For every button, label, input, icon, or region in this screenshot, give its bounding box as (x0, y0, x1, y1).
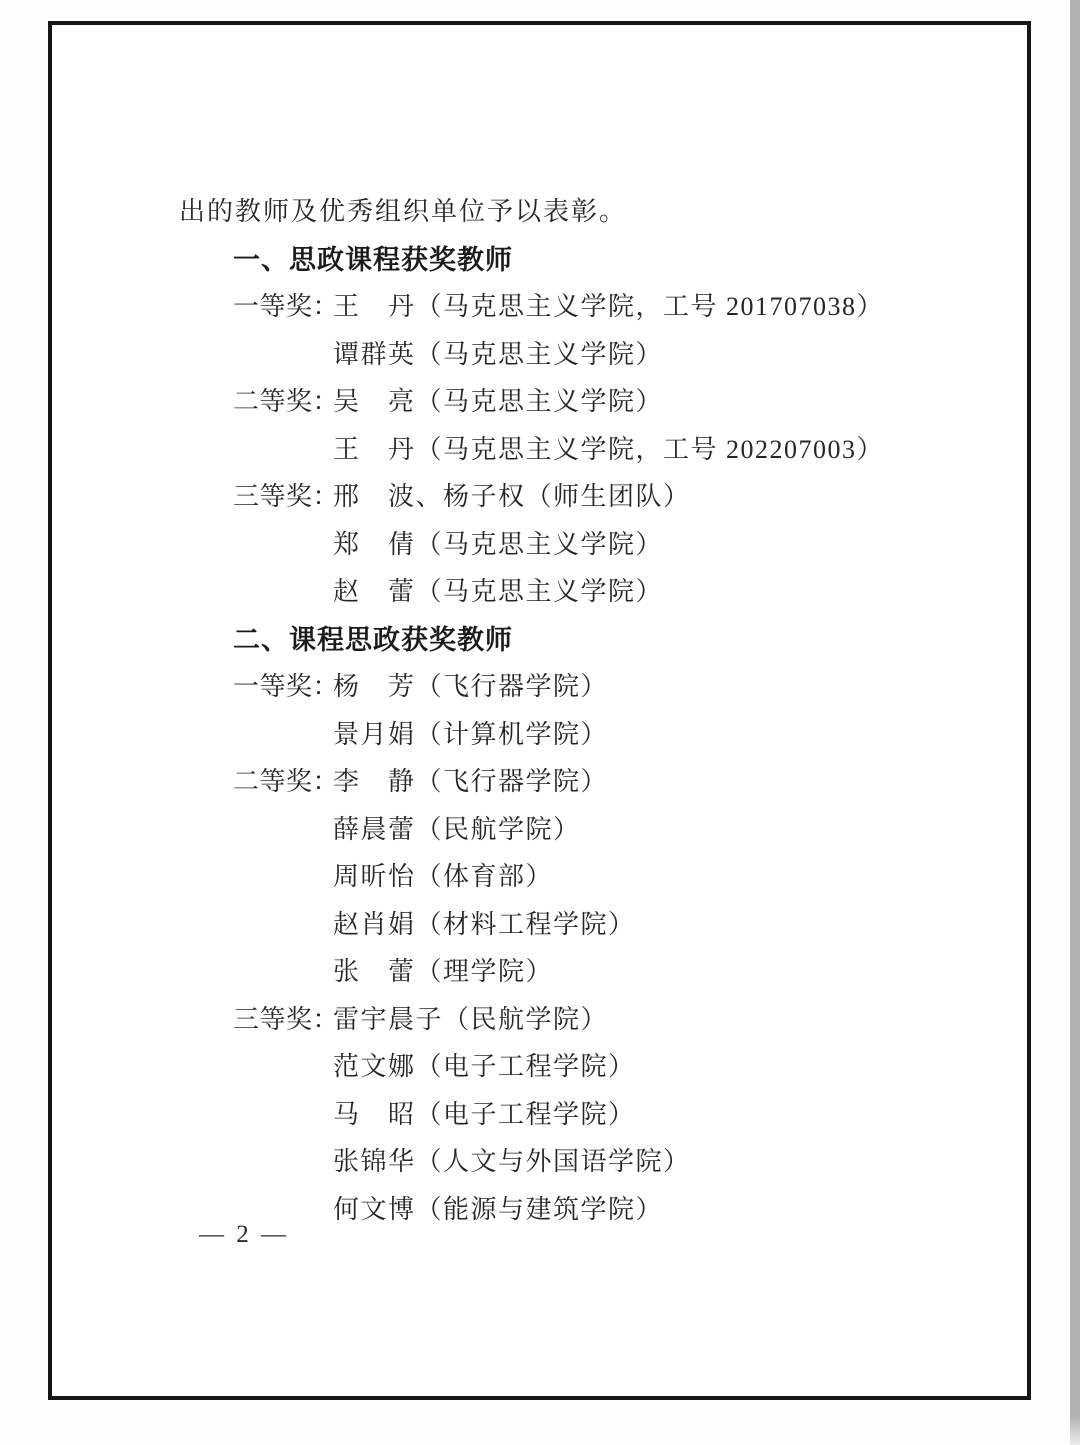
award-entry: 范文娜（电子工程学院） (179, 1041, 919, 1089)
awardee: 邢 波、杨子权（师生团队） (333, 476, 691, 513)
award-entry: 一等奖：杨 芳（飞行器学院） (179, 661, 919, 709)
award-entry: 二等奖：李 静（飞行器学院） (179, 756, 919, 804)
awardee: 赵 蕾（马克思主义学院） (333, 571, 663, 608)
award-entry: 周昕怡（体育部） (179, 851, 919, 899)
awardee: 张锦华（人文与外国语学院） (333, 1141, 691, 1178)
award-entry: 赵 蕾（马克思主义学院） (179, 566, 919, 614)
awardee: 赵肖娟（材料工程学院） (333, 904, 636, 941)
document-body: 出的教师及优秀组织单位予以表彰。 一、思政课程获奖教师一等奖：王 丹（马克思主义… (179, 186, 919, 1231)
prize-label: 一等奖： (233, 666, 333, 703)
award-entry: 王 丹（马克思主义学院，工号 202207003） (179, 424, 919, 472)
page-number: — 2 — (199, 1221, 289, 1249)
award-entry: 赵肖娟（材料工程学院） (179, 899, 919, 947)
prize-label: 一等奖： (233, 286, 333, 323)
scan-edge-artifact (1070, 0, 1080, 1445)
award-entry: 景月娟（计算机学院） (179, 709, 919, 757)
prize-label: 三等奖： (233, 476, 333, 513)
award-entry: 何文博（能源与建筑学院） (179, 1184, 919, 1232)
award-entry: 张 蕾（理学院） (179, 946, 919, 994)
awardee: 周昕怡（体育部） (333, 856, 553, 893)
awardee: 雷宇晨子（民航学院） (333, 999, 608, 1036)
awardee: 杨 芳（飞行器学院） (333, 666, 608, 703)
awardee: 谭群英（马克思主义学院） (333, 334, 663, 371)
award-entry: 一等奖：王 丹（马克思主义学院，工号 201707038） (179, 281, 919, 329)
awardee: 郑 倩（马克思主义学院） (333, 524, 663, 561)
award-entry: 二等奖：吴 亮（马克思主义学院） (179, 376, 919, 424)
award-entry: 马 昭（电子工程学院） (179, 1089, 919, 1137)
awardee: 吴 亮（马克思主义学院） (333, 381, 663, 418)
award-entry: 张锦华（人文与外国语学院） (179, 1136, 919, 1184)
awardee: 王 丹（马克思主义学院，工号 202207003） (333, 429, 884, 466)
awardee: 马 昭（电子工程学院） (333, 1094, 636, 1131)
award-entry: 三等奖：雷宇晨子（民航学院） (179, 994, 919, 1042)
prize-label: 二等奖： (233, 761, 333, 798)
award-list: 一、思政课程获奖教师一等奖：王 丹（马克思主义学院，工号 201707038）谭… (179, 234, 919, 1232)
award-entry: 三等奖：邢 波、杨子权（师生团队） (179, 471, 919, 519)
prize-label: 三等奖： (233, 999, 333, 1036)
awardee: 何文博（能源与建筑学院） (333, 1189, 663, 1226)
scanned-document-page: 出的教师及优秀组织单位予以表彰。 一、思政课程获奖教师一等奖：王 丹（马克思主义… (0, 0, 1080, 1445)
awardee: 张 蕾（理学院） (333, 951, 553, 988)
paragraph-continuation: 出的教师及优秀组织单位予以表彰。 (179, 186, 919, 234)
awardee: 王 丹（马克思主义学院，工号 201707038） (333, 286, 884, 323)
award-entry: 郑 倩（马克思主义学院） (179, 519, 919, 567)
awardee: 李 静（飞行器学院） (333, 761, 608, 798)
section-heading: 一、思政课程获奖教师 (179, 234, 919, 282)
prize-label: 二等奖： (233, 381, 333, 418)
awardee: 薛晨蕾（民航学院） (333, 809, 581, 846)
award-entry: 薛晨蕾（民航学院） (179, 804, 919, 852)
awardee: 范文娜（电子工程学院） (333, 1046, 636, 1083)
awardee: 景月娟（计算机学院） (333, 714, 608, 751)
award-entry: 谭群英（马克思主义学院） (179, 329, 919, 377)
section-heading: 二、课程思政获奖教师 (179, 614, 919, 662)
